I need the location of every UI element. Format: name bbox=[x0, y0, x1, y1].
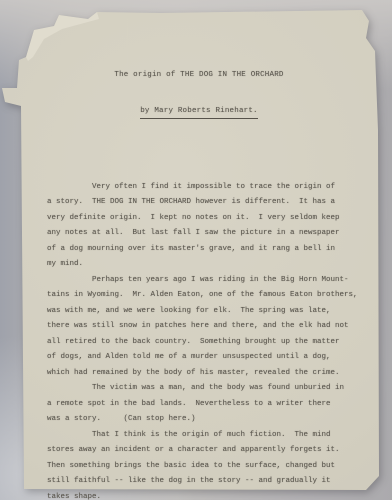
text-line: a remote spot in the bad lands. Neverthe… bbox=[47, 397, 370, 413]
text-line: Perhaps ten years ago I was riding in th… bbox=[47, 273, 370, 289]
text-line: of a dog mourning over its master's grav… bbox=[47, 242, 370, 258]
photo-backdrop: The origin of THE DOG IN THE ORCHARD by … bbox=[0, 0, 392, 500]
text-line: Very often I find it impossible to trace… bbox=[47, 180, 370, 196]
text-line: That I think is the origin of much ficti… bbox=[47, 428, 370, 444]
text-line: my mind. bbox=[47, 257, 370, 273]
document-body: Very often I find it impossible to trace… bbox=[14, 180, 370, 500]
byline: by Mary Roberts Rinehart. bbox=[140, 105, 258, 119]
text-line: there was still snow in patches here and… bbox=[47, 319, 370, 335]
text-line: still faithful -- like the dog in the st… bbox=[47, 474, 370, 490]
title-block: The origin of THE DOG IN THE ORCHARD by … bbox=[14, 45, 370, 143]
text-line: takes shape. bbox=[47, 490, 370, 500]
text-line: any notes at all. But last fall I saw th… bbox=[47, 226, 370, 242]
text-line: a story. THE DOG IN THE ORCHARD however … bbox=[47, 195, 370, 211]
text-line: Then something brings the basic idea to … bbox=[47, 459, 370, 475]
paragraph: The victim was a man, and the body was f… bbox=[47, 381, 370, 428]
text-line: all retired to the back country. Somethi… bbox=[47, 335, 370, 351]
byline-row: by Mary Roberts Rinehart. bbox=[28, 105, 370, 119]
document-title: The origin of THE DOG IN THE ORCHARD bbox=[28, 69, 370, 81]
text-line: of dogs, and Alden told me of a murder u… bbox=[47, 350, 370, 366]
text-line: stores away an incident or a character a… bbox=[47, 443, 370, 459]
text-line: was with me, and we were looking for elk… bbox=[47, 304, 370, 320]
text-line: tains in Wyoming. Mr. Alden Eaton, one o… bbox=[47, 288, 370, 304]
text-line: was a story. (Can stop here.) bbox=[47, 412, 370, 428]
paragraph: Very often I find it impossible to trace… bbox=[47, 180, 370, 273]
paragraph: That I think is the origin of much ficti… bbox=[47, 428, 370, 500]
text-line: which had remained by the body of his ma… bbox=[47, 366, 370, 382]
text-line: very definite origin. I kept no notes on… bbox=[47, 211, 370, 227]
text-line: The victim was a man, and the body was f… bbox=[47, 381, 370, 397]
typescript-document: The origin of THE DOG IN THE ORCHARD by … bbox=[14, 12, 370, 500]
paragraph: Perhaps ten years ago I was riding in th… bbox=[47, 273, 370, 382]
